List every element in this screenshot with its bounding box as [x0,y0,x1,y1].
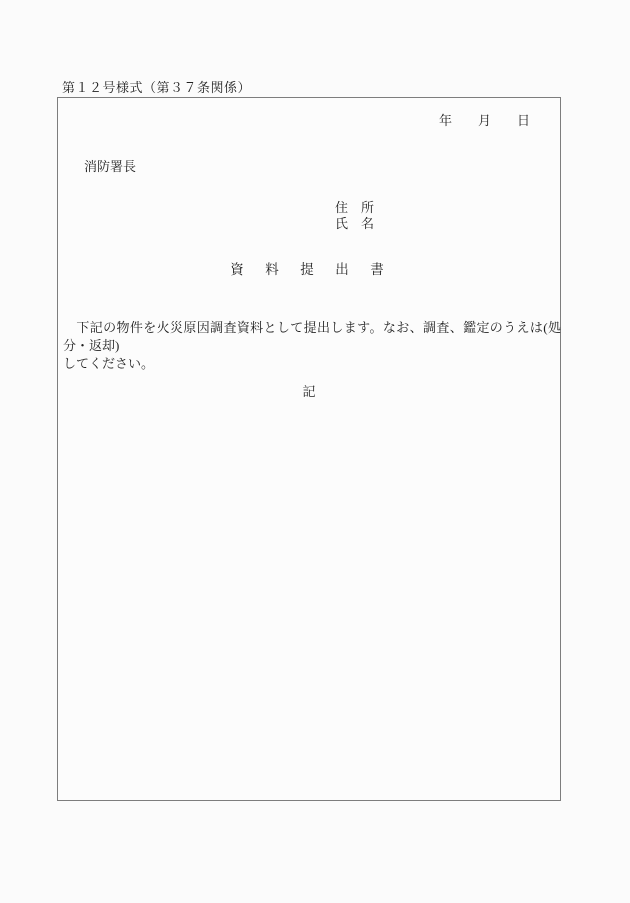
submitter-block: 住 所 氏 名 [335,200,374,232]
body-paragraph: 下記の物件を火災原因調査資料として提出します。なお、調査、鑑定のうえは(処分・返… [63,319,561,373]
document-title: 資 料 提 出 書 [58,258,560,278]
form-number-label: 第１２号様式（第３７条関係） [62,77,251,96]
addressee-fire-chief: 消防署長 [84,156,136,175]
note-heading: 記 [58,381,560,400]
address-label: 住 所 [335,200,374,216]
form-border-box: 年 月 日 消防署長 住 所 氏 名 資 料 提 出 書 下記の物件を火災原因調… [57,97,561,801]
document-page: 第１２号様式（第３７条関係） 年 月 日 消防署長 住 所 氏 名 資 料 提 … [0,0,630,903]
date-line: 年 月 日 [439,110,530,129]
name-label: 氏 名 [335,216,374,232]
